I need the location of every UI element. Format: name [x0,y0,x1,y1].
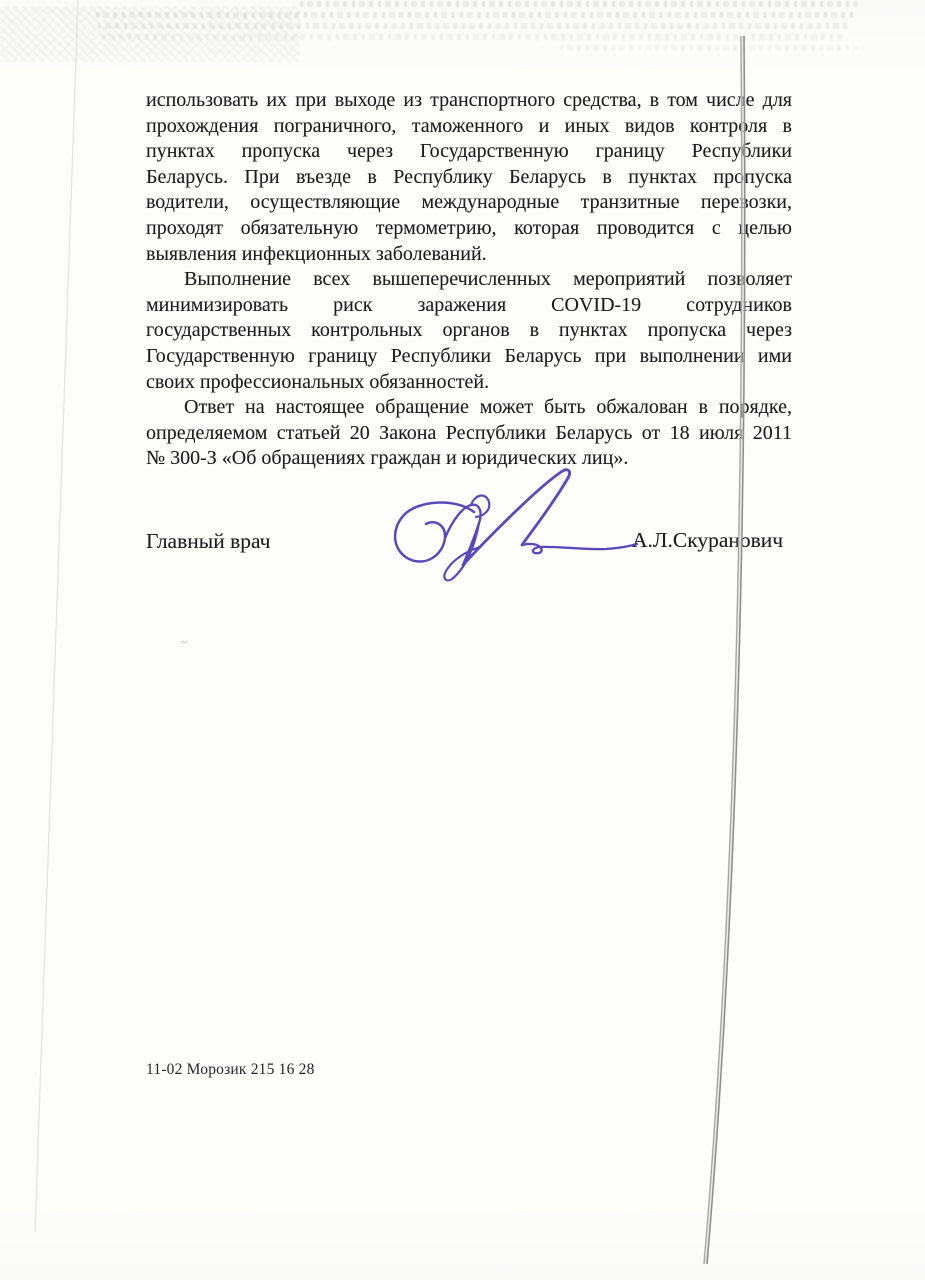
signer-name: А.Л.Скуранович [632,528,783,553]
text-line: Ответ на настоящее обращение может быть … [146,395,792,421]
text-line: Беларусь. При въезде в Республику Белару… [146,165,792,191]
text-line: проходят обязательную термометрию, котор… [146,216,792,242]
scanned-letter-page: использовать их при выходе из транспортн… [0,0,925,1280]
bleed-through-text-artifact [300,1,858,7]
stray-mark-artifact: ~ [180,635,189,651]
signature-stroke [522,544,637,553]
letter-body: использовать их при выходе из транспортн… [146,88,792,472]
scan-noise-artifact [0,6,300,62]
text-line: водители, осуществляющие международные т… [146,190,792,216]
text-line: минимизировать риск заражения COVID-19 с… [146,293,792,319]
text-line: использовать их при выходе из транспортн… [146,88,792,114]
paper-fold-shadow-left [35,0,78,1232]
signature-stroke [445,505,481,565]
footer-reference-note: 11-02 Морозик 215 16 28 [146,1061,315,1079]
text-line: пунктах пропуска через Государственную г… [146,139,792,165]
handwritten-signature [378,458,650,596]
text-line: Выполнение всех вышеперечисленных меропр… [146,267,792,293]
bleed-through-text-artifact [560,45,858,51]
text-line: своих профессиональных обязанностей. [146,370,792,396]
text-line: выявления инфекционных заболеваний. [146,242,792,268]
text-line: прохождения пограничного, таможенного и … [146,114,792,140]
text-line: определяемом статьей 20 Закона Республик… [146,421,792,447]
signer-job-title: Главный врач [146,529,270,554]
text-line: государственных контрольных органов в пу… [146,318,792,344]
text-line: Государственную границу Республики Белар… [146,344,792,370]
